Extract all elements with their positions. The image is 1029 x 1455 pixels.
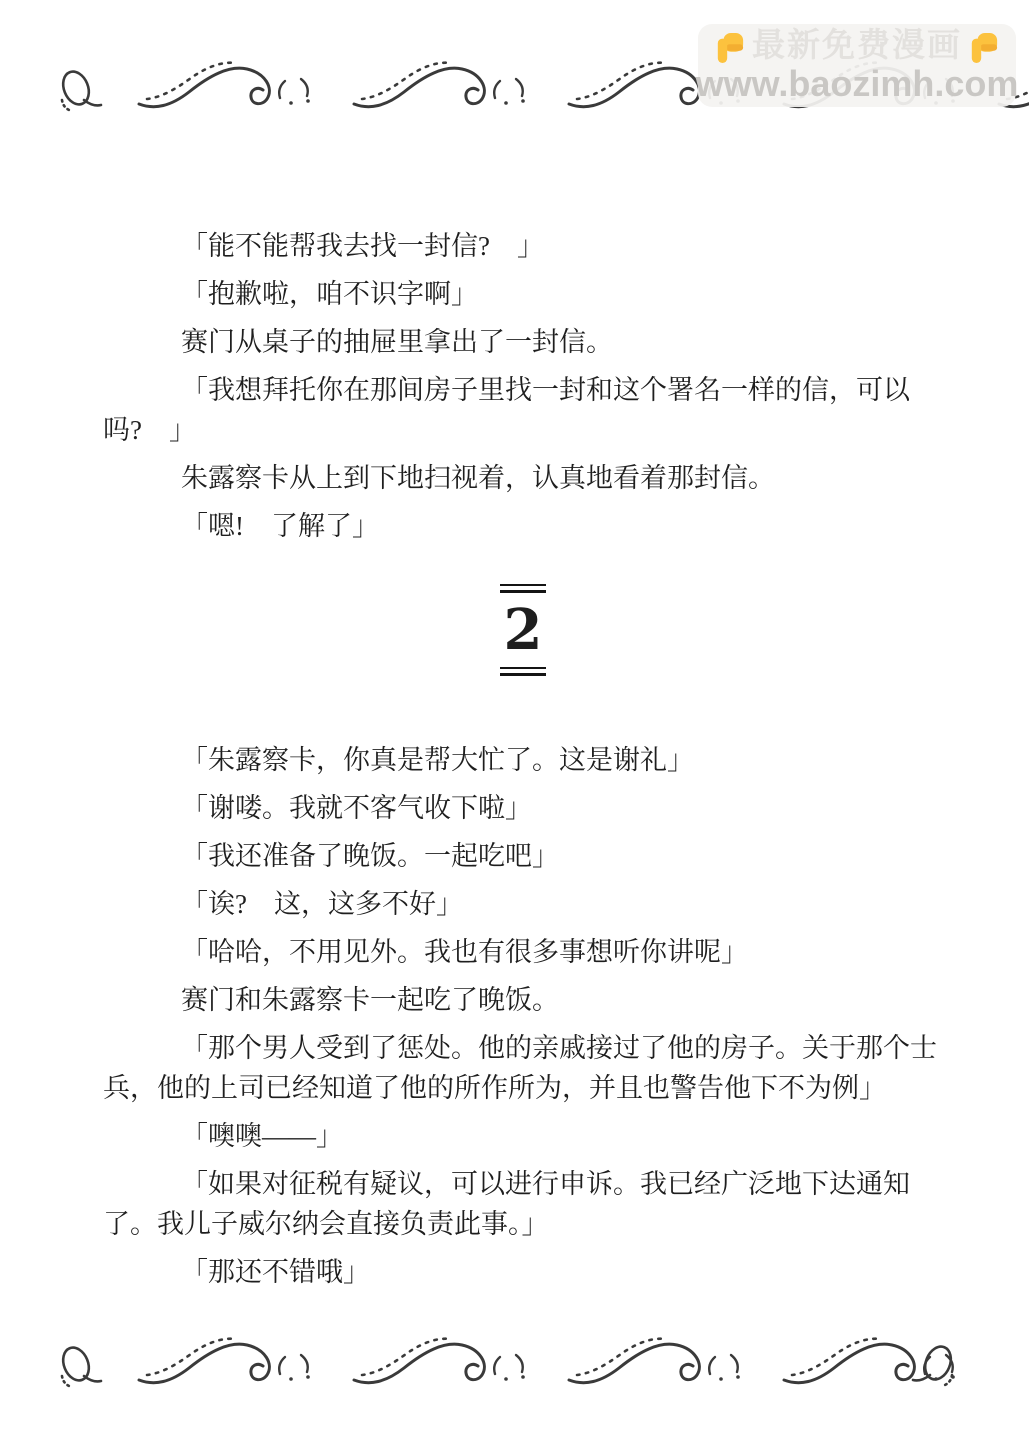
watermark-url: www.baozimh.com [696,66,1019,102]
chapter-rule-top [500,584,546,593]
pointing-down-hand-icon [715,30,745,64]
watermark-overlay: 最新免费漫画 www.baozimh.com [698,24,1016,107]
paragraph: 「那还不错哦」 [103,1252,943,1292]
paragraph: 「我想拜托你在那间房子里找一封和这个署名一样的信，可以 吗? 」 [103,370,943,450]
paragraph: 「谢喽。我就不客气收下啦」 [103,788,943,828]
chapter-rule-bottom [500,667,546,676]
paragraph: 「诶? 这，这多不好」 [103,884,943,924]
bottom-flourish-border [0,1336,1029,1400]
pointing-down-hand-icon [969,30,999,64]
paragraph: 「噢噢——」 [103,1116,943,1156]
paragraph: 「我还准备了晚饭。一起吃吧」 [103,836,943,876]
paragraph: 赛门和朱露察卡一起吃了晚饭。 [103,980,943,1020]
paragraph: 「哈哈，不用见外。我也有很多事想听你讲呢」 [103,932,943,972]
paragraph: 「能不能帮我去找一封信? 」 [103,226,943,266]
watermark-title-row: 最新免费漫画 [715,30,999,64]
paragraph: 朱露察卡从上到下地扫视着，认真地看着那封信。 [103,458,943,498]
page-content: 「能不能帮我去找一封信? 」「抱歉啦，咱不识字啊」赛门从桌子的抽屉里拿出了一封信… [103,226,943,1300]
paragraph: 「如果对征税有疑议，可以进行申诉。我已经广泛地下达通知 了。我儿子威尔纳会直接负… [103,1164,943,1244]
paragraph: 「嗯! 了解了」 [103,506,943,546]
watermark-title-text: 最新免费漫画 [752,30,962,63]
chapter-number: 2 [504,603,543,657]
paragraph: 「抱歉啦，咱不识字啊」 [103,274,943,314]
paragraph: 「那个男人受到了惩处。他的亲戚接过了他的房子。关于那个士 兵，他的上司已经知道了… [103,1028,943,1108]
paragraph: 「朱露察卡，你真是帮大忙了。这是谢礼」 [103,740,943,780]
paragraphs-after-chapter: 「朱露察卡，你真是帮大忙了。这是谢礼」「谢喽。我就不客气收下啦」「我还准备了晚饭… [103,740,943,1292]
paragraph: 赛门从桌子的抽屉里拿出了一封信。 [103,322,943,362]
paragraphs-before-chapter: 「能不能帮我去找一封信? 」「抱歉啦，咱不识字啊」赛门从桌子的抽屉里拿出了一封信… [103,226,943,546]
chapter-heading: 2 [103,584,943,676]
book-page: 最新免费漫画 www.baozimh.com 「能不能帮我去找一封信? 」「抱歉… [0,0,1029,1455]
